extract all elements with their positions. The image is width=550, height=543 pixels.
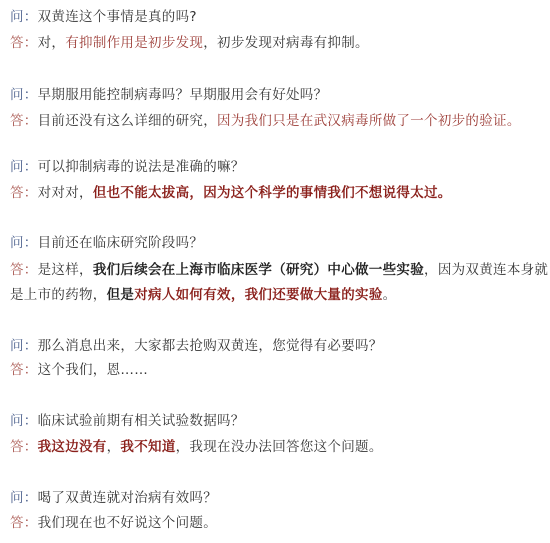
answer-4-continued: 是上市的药物，但是对病人如何有效，我们还要做大量的实验。 xyxy=(10,286,542,304)
answer-segment: 是上市的药物， xyxy=(10,287,107,303)
answer-label: 答： xyxy=(10,262,38,278)
question-text: 双黄连这个事情是真的吗? xyxy=(38,9,197,25)
question-4: 问：目前还在临床研究阶段吗？ xyxy=(10,234,542,252)
question-label: 问： xyxy=(10,9,38,25)
answer-4: 答：是这样，我们后续会在上海市临床医学（研究）中心做一些实验，因为双黄连本身就 xyxy=(10,261,542,279)
answer-6: 答：我这边没有，我不知道，我现在没办法回答您这个问题。 xyxy=(10,438,542,456)
answer-label: 答： xyxy=(10,362,38,378)
question-1: 问：双黄连这个事情是真的吗? xyxy=(10,8,542,26)
answer-label: 答： xyxy=(10,35,38,51)
highlighted-segment: 我不知道 xyxy=(120,439,175,455)
answer-segment: ， xyxy=(107,439,121,455)
question-2: 问：早期服用能控制病毒吗？早期服用会有好处吗？ xyxy=(10,86,542,104)
answer-text: 这个我们，恩…… xyxy=(38,362,148,378)
question-text: 那么消息出来，大家都去抢购双黄连，您觉得有必要吗？ xyxy=(38,338,383,354)
highlighted-segment: 有抑制作用是初步发现 xyxy=(65,35,203,51)
question-text: 目前还在临床研究阶段吗？ xyxy=(38,235,204,251)
question-7: 问：喝了双黄连就对治病有效吗？ xyxy=(10,489,542,507)
answer-5: 答：这个我们，恩…… xyxy=(10,361,542,379)
answer-3: 答：对对对，但也不能太拔高，因为这个科学的事情我们不想说得太过。 xyxy=(10,184,542,202)
highlighted-segment: 因为我们只是在武汉病毒所做了一个初步的验证。 xyxy=(217,113,521,129)
highlighted-segment: 但是 xyxy=(107,287,135,303)
answer-label: 答： xyxy=(10,185,38,201)
answer-text: 对，有抑制作用是初步发现，初步发现对病毒有抑制。 xyxy=(38,35,369,51)
answer-segment: 我们现在也不好说这个问题。 xyxy=(38,515,217,531)
answer-text: 我这边没有，我不知道，我现在没办法回答您这个问题。 xyxy=(38,439,383,455)
answer-text: 是上市的药物，但是对病人如何有效，我们还要做大量的实验。 xyxy=(10,287,396,303)
highlighted-segment: 我这边没有 xyxy=(38,439,107,455)
question-3: 问：可以抑制病毒的说法是准确的嘛？ xyxy=(10,158,542,176)
highlighted-segment: 我们后续会在上海市临床医学（研究）中心做一些实验 xyxy=(93,262,424,278)
question-5: 问：那么消息出来，大家都去抢购双黄连，您觉得有必要吗？ xyxy=(10,337,542,355)
answer-segment: 这个我们，恩…… xyxy=(38,362,148,378)
highlighted-segment: 但也不能太拔高，因为这个科学的事情我们不想说得太过。 xyxy=(93,185,452,201)
question-6: 问：临床试验前期有相关试验数据吗？ xyxy=(10,412,542,430)
answer-text: 是这样，我们后续会在上海市临床医学（研究）中心做一些实验，因为双黄连本身就 xyxy=(38,262,549,278)
answer-label: 答： xyxy=(10,439,38,455)
answer-text: 对对对，但也不能太拔高，因为这个科学的事情我们不想说得太过。 xyxy=(38,185,452,201)
question-text: 早期服用能控制病毒吗？早期服用会有好处吗？ xyxy=(38,87,328,103)
answer-label: 答： xyxy=(10,515,38,531)
answer-segment: 对对对， xyxy=(38,185,93,201)
question-label: 问： xyxy=(10,413,38,429)
highlighted-segment: 对病人如何有效，我们还要做大量的实验 xyxy=(134,287,382,303)
question-label: 问： xyxy=(10,87,38,103)
answer-segment: ，我现在没办法回答您这个问题。 xyxy=(176,439,383,455)
answer-segment: ，因为双黄连本身就 xyxy=(424,262,548,278)
answer-text: 目前还没有这么详细的研究，因为我们只是在武汉病毒所做了一个初步的验证。 xyxy=(38,113,521,129)
answer-2: 答：目前还没有这么详细的研究，因为我们只是在武汉病毒所做了一个初步的验证。 xyxy=(10,112,542,130)
answer-segment: 是这样， xyxy=(38,262,93,278)
answer-segment: ，初步发现对病毒有抑制。 xyxy=(203,35,369,51)
answer-segment: 对， xyxy=(38,35,66,51)
answer-text: 我们现在也不好说这个问题。 xyxy=(38,515,217,531)
question-label: 问： xyxy=(10,159,38,175)
question-text: 喝了双黄连就对治病有效吗？ xyxy=(38,490,217,506)
question-label: 问： xyxy=(10,490,38,506)
answer-label: 答： xyxy=(10,113,38,129)
question-label: 问： xyxy=(10,235,38,251)
question-text: 可以抑制病毒的说法是准确的嘛？ xyxy=(38,159,245,175)
answer-7: 答：我们现在也不好说这个问题。 xyxy=(10,514,542,532)
answer-segment: 目前还没有这么详细的研究， xyxy=(38,113,217,129)
answer-segment: 。 xyxy=(383,287,397,303)
question-text: 临床试验前期有相关试验数据吗？ xyxy=(38,413,245,429)
question-label: 问： xyxy=(10,338,38,354)
answer-1: 答：对，有抑制作用是初步发现，初步发现对病毒有抑制。 xyxy=(10,34,542,52)
